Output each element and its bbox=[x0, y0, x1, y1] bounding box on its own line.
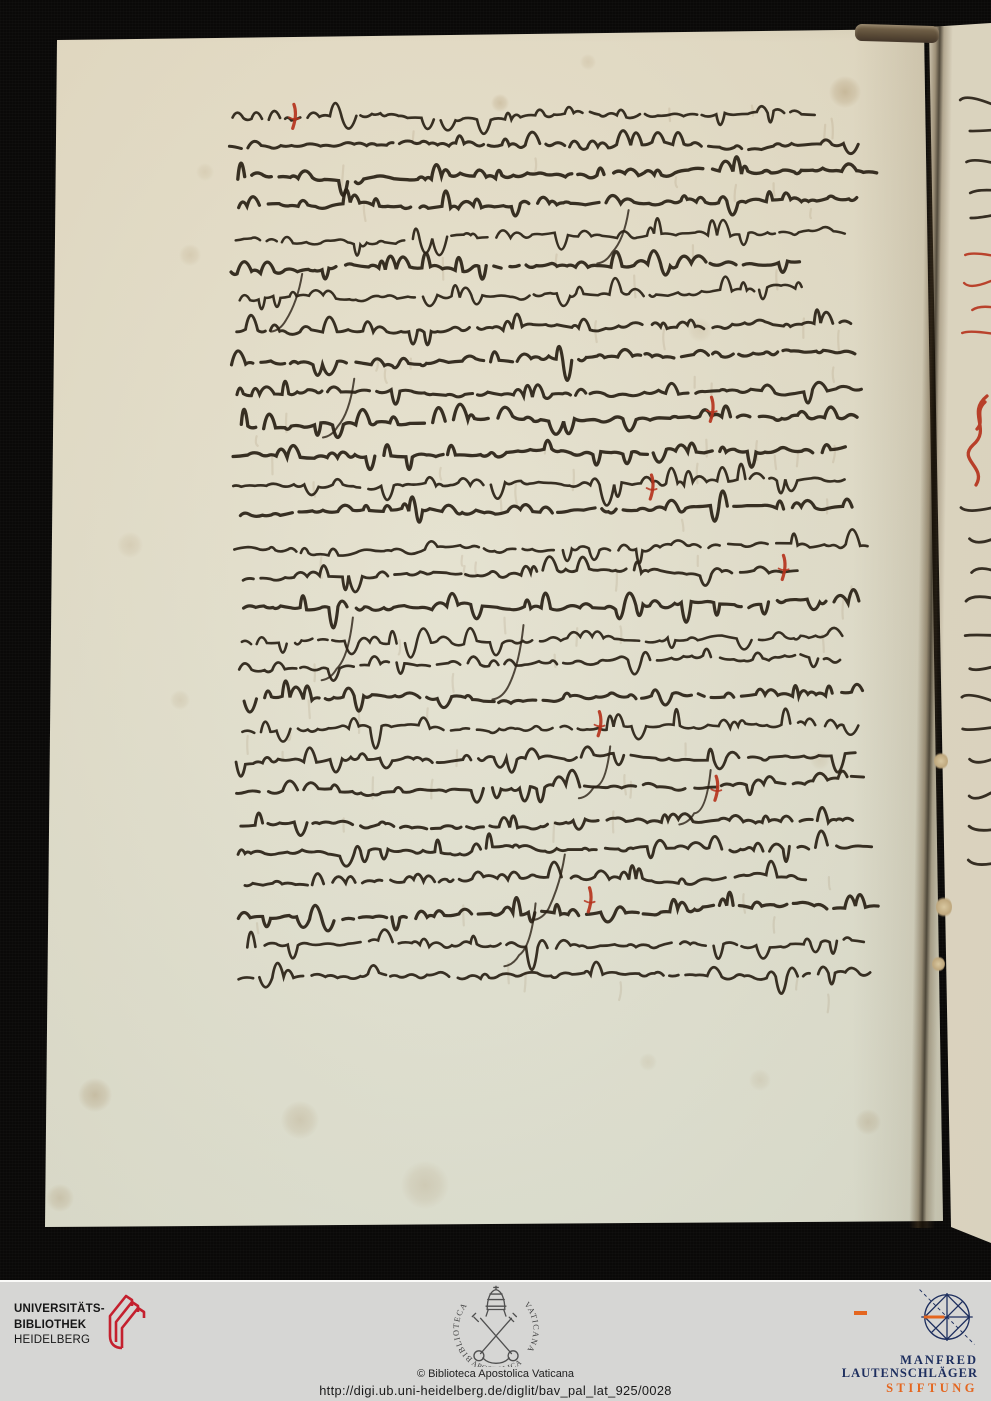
stain bbox=[170, 690, 190, 710]
svg-text:APOSTOLICA: APOSTOLICA bbox=[469, 1357, 523, 1367]
stain bbox=[46, 1184, 74, 1212]
sewing-station bbox=[936, 896, 952, 918]
stain bbox=[855, 1109, 881, 1135]
stain bbox=[179, 244, 201, 266]
stain bbox=[491, 94, 509, 112]
sewing-station bbox=[934, 752, 948, 770]
sewing-station bbox=[932, 956, 945, 972]
stain bbox=[810, 750, 830, 770]
footer-bar: UNIVERSITÄTS- BIBLIOTHEK HEIDELBERG bbox=[0, 1280, 991, 1401]
manuscript-page bbox=[0, 0, 991, 1401]
spine-headband bbox=[855, 24, 939, 43]
stain bbox=[749, 1069, 771, 1091]
stain bbox=[196, 163, 214, 181]
seal-text-biblioteca: BIBLIOTECA bbox=[451, 1301, 474, 1364]
seal-text-vaticana: VATICANA bbox=[522, 1300, 540, 1354]
stain bbox=[78, 1078, 112, 1112]
stiftung-line3: STIFTUNG bbox=[748, 1381, 978, 1395]
stain bbox=[580, 54, 596, 70]
papal-keys-tiara bbox=[472, 1286, 518, 1363]
stain bbox=[117, 532, 143, 558]
stiftung-globe-icon bbox=[917, 1287, 977, 1347]
stiftung-line2: LAUTENSCHLÄGER bbox=[748, 1367, 978, 1381]
stain bbox=[829, 76, 861, 108]
stain bbox=[639, 1053, 657, 1071]
stain bbox=[688, 318, 712, 342]
scan-viewer: UNIVERSITÄTS- BIBLIOTHEK HEIDELBERG bbox=[0, 0, 991, 1401]
stain bbox=[401, 1161, 449, 1209]
stain bbox=[281, 1101, 319, 1139]
svg-text:VATICANA: VATICANA bbox=[522, 1300, 540, 1354]
svg-text:BIBLIOTECA: BIBLIOTECA bbox=[451, 1301, 474, 1364]
vatican-seal-icon: BIBLIOTECA VATICANA APOSTOLICA bbox=[431, 1285, 561, 1367]
lautenschlaeger-stiftung: MANFRED LAUTENSCHLÄGER STIFTUNG bbox=[748, 1287, 978, 1395]
seal-text-apostolica: APOSTOLICA bbox=[469, 1357, 523, 1367]
page-shading bbox=[0, 0, 991, 1401]
